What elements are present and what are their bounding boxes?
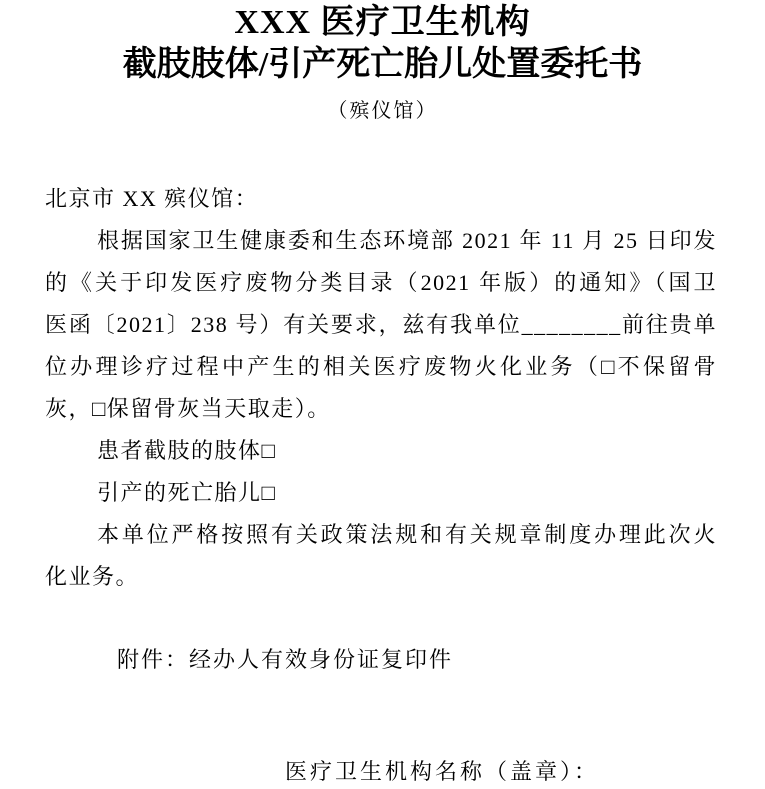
body-line-with-checkbox: 位办理诊疗过程中产生的相关医疗废物火化业务（□不保留骨: [45, 346, 717, 388]
salutation-line: 北京市 XX 殡仪馆：: [45, 178, 717, 220]
checkbox-item-dead-fetus: 引产的死亡胎儿□: [45, 472, 717, 514]
signature-label: 医疗卫生机构名称（盖章）：: [285, 751, 717, 789]
body-line-with-blank: 医函〔2021〕238 号）有关要求，兹有我单位________前往贵单: [45, 304, 717, 346]
document-title-line-2: 截肢肢体/引产死亡胎儿处置委托书: [0, 44, 765, 86]
body-line: 根据国家卫生健康委和生态环境部 2021 年 11 月 25 日印发: [45, 220, 717, 262]
body-line-with-checkbox: 灰，□保留骨灰当天取走）。: [45, 388, 717, 430]
checkbox-item-amputated-limb: 患者截肢的肢体□: [45, 430, 717, 472]
body-line: 的《关于印发医疗废物分类目录（2021 年版）的通知》（国卫: [45, 262, 717, 304]
document-page: XXX 医疗卫生机构 截肢肢体/引产死亡胎儿处置委托书 （殡仪馆） 北京市 XX…: [0, 0, 765, 789]
document-body: 北京市 XX 殡仪馆： 根据国家卫生健康委和生态环境部 2021 年 11 月 …: [45, 178, 717, 789]
document-title-line-1: XXX 医疗卫生机构: [0, 2, 765, 44]
attachment-note: 附件：经办人有效身份证复印件: [117, 639, 717, 681]
body-line: 化业务。: [45, 556, 717, 598]
document-subtitle: （殡仪馆）: [0, 98, 765, 124]
body-line: 本单位严格按照有关政策法规和有关规章制度办理此次火: [45, 514, 717, 556]
